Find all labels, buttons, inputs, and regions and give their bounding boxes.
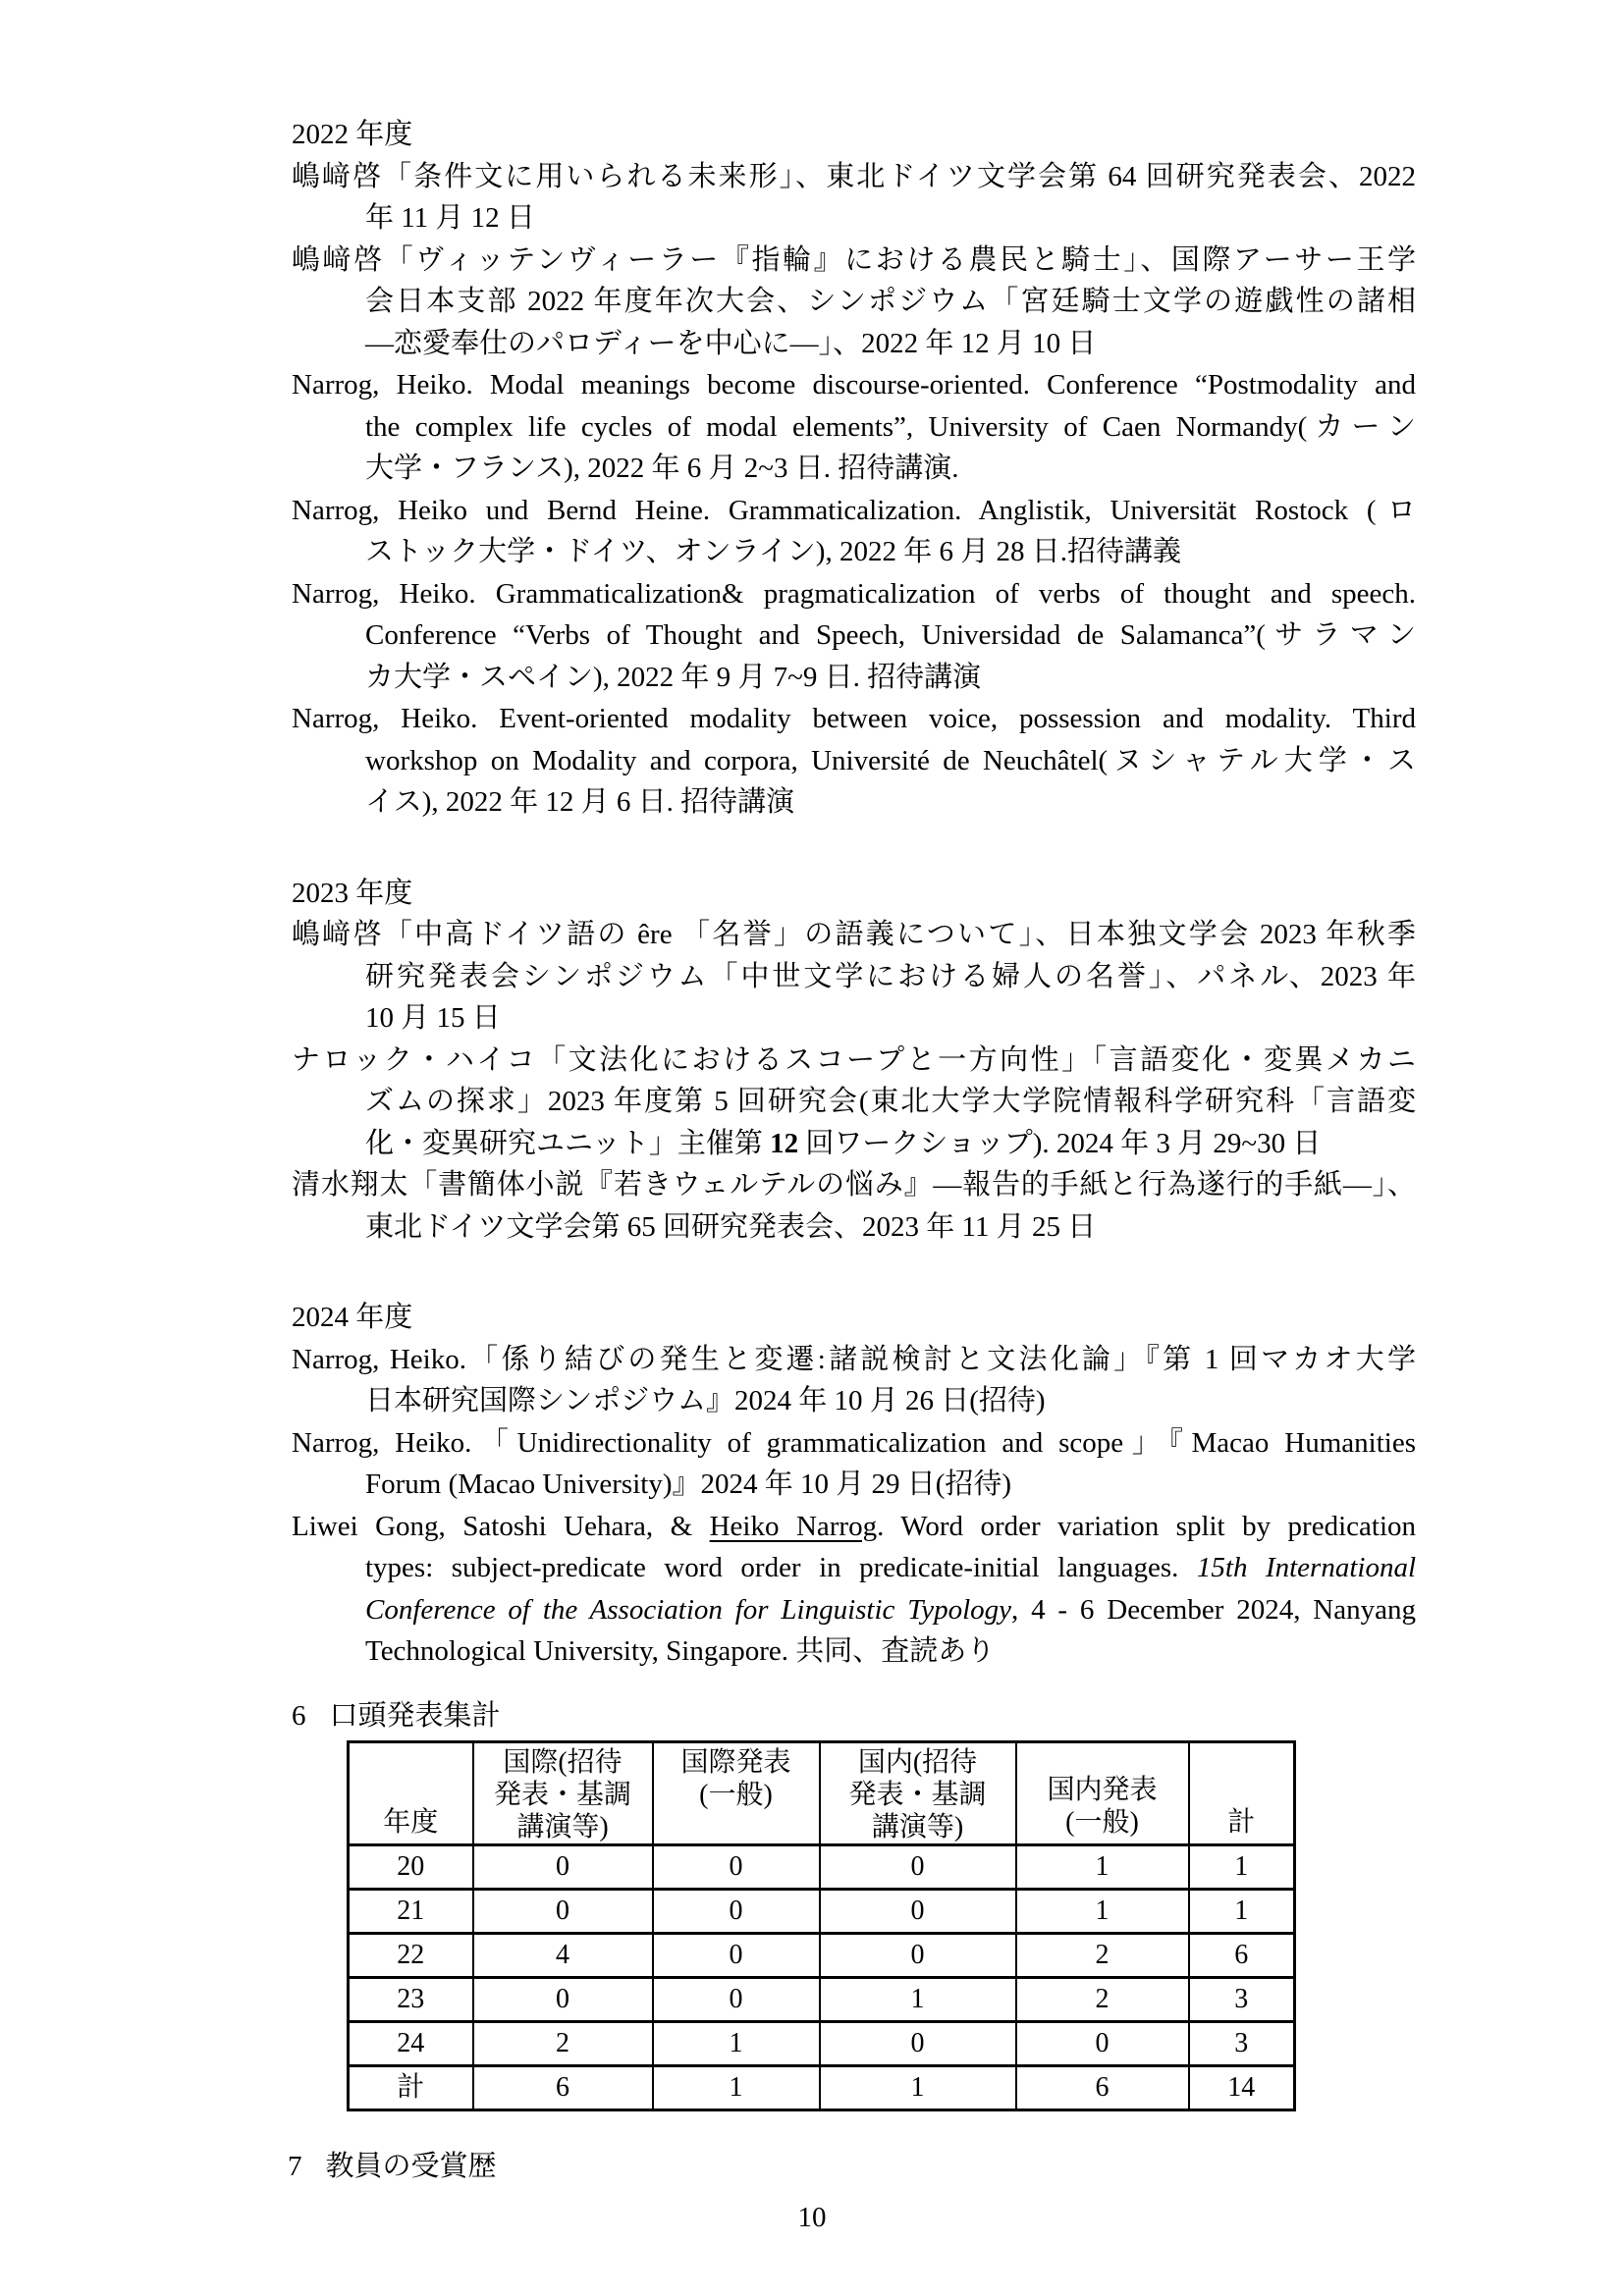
table-cell: 14 [1189,2066,1295,2110]
bib-line: Narrog, Heiko. Grammaticalization& pragm… [292,573,1416,615]
table-row: 21 0 0 0 1 1 [349,1890,1295,1934]
bib-entry: Liwei Gong, Satoshi Uehara, & Heiko Narr… [292,1506,1416,1673]
table-cell: 1 [1016,1890,1189,1934]
bib-line: 会日本支部 2022 年度年次大会、シンポジウム「宮廷騎士文学の遊戯性の諸相 [292,281,1416,323]
bib-line: Narrog, Heiko und Bernd Heine. Grammatic… [292,490,1416,532]
blank-line [292,1248,1416,1297]
table-cell: 0 [820,1845,1016,1890]
year-heading-2023: 2023 年度 [292,873,1416,915]
bold-number: 12 [770,1128,798,1159]
bib-line: 大学・フランス), 2022 年 6 月 2~3 日. 招待講演. [292,448,1416,490]
table-cell: 6 [1189,1934,1295,1978]
bib-line: Narrog, Heiko. Event-oriented modality b… [292,698,1416,740]
bib-line: Liwei Gong, Satoshi Uehara, & Heiko Narr… [292,1506,1416,1548]
table-cell: 0 [473,1978,653,2022]
table-cell: 0 [473,1845,653,1890]
document-page: 2022 年度 嶋﨑啓「条件文に用いられる未来形」、東北ドイツ文学会第 64 回… [0,0,1624,2296]
bib-line: 日本研究国際シンポジウム』2024 年 10 月 26 日(招待) [292,1380,1416,1422]
table-cell: 0 [653,1845,820,1890]
table-row: 20 0 0 0 1 1 [349,1845,1295,1890]
bib-line: イス), 2022 年 12 月 6 日. 招待講演 [292,781,1416,824]
bib-line: types: subject-predicate word order in p… [292,1547,1416,1589]
table-cell: 0 [820,1934,1016,1978]
table-cell: 6 [473,2066,653,2110]
section-title: 教員の受賞歴 [326,2151,497,2182]
table-cell: 0 [653,1978,820,2022]
table-cell: 0 [653,1890,820,1934]
table-cell: 1 [653,2066,820,2110]
bib-line: workshop on Modality and corpora, Univer… [292,740,1416,782]
bib-line: カ大学・スペイン), 2022 年 9 月 7~9 日. 招待講演 [292,657,1416,699]
table-cell: 3 [1189,1978,1295,2022]
table-cell: 0 [653,1934,820,1978]
bib-line: 清水翔太「書簡体小説『若きウェルテルの悩み』―報告的手紙と行為遂行的手紙―」、 [292,1164,1416,1206]
bib-line: Narrog, Heiko.「Unidirectionality of gram… [292,1422,1416,1465]
table-cell: 0 [1016,2022,1189,2066]
col-header-intl-general: 国際発表 (一般) [653,1742,820,1845]
year-heading-2022: 2022 年度 [292,114,1416,156]
bib-line: 嶋﨑啓「条件文に用いられる未来形」、東北ドイツ文学会第 64 回研究発表会、20… [292,156,1416,198]
table-cell: 22 [349,1934,473,1978]
table-cell: 24 [349,2022,473,2066]
table-row: 23 0 0 1 2 3 [349,1978,1295,2022]
table-cell: 6 [1016,2066,1189,2110]
bib-entry: ナロック・ハイコ「文法化におけるスコープと一方向性」「言語変化・変異メカニ ズム… [292,1040,1416,1165]
bib-entry: 嶋﨑啓「中高ドイツ語の êre 「名誉」の語義について」、日本独文学会 2023… [292,914,1416,1040]
bib-line: 東北ドイツ文学会第 65 回研究発表会、2023 年 11 月 25 日 [292,1206,1416,1249]
bib-line: Conference “Verbs of Thought and Speech,… [292,614,1416,657]
bibliography: 2022 年度 嶋﨑啓「条件文に用いられる未来形」、東北ドイツ文学会第 64 回… [292,114,1416,1673]
bib-line: 嶋﨑啓「ヴィッテンヴィーラー『指輪』における農民と騎士」、国際アーサー王学 [292,240,1416,282]
table-cell: 1 [1189,1890,1295,1934]
table-cell: 23 [349,1978,473,2022]
table-cell: 21 [349,1890,473,1934]
bib-line: 研究発表会シンポジウム「中世文学における婦人の名誉」、パネル、2023 年 [292,956,1416,998]
bib-line: Forum (Macao University)』2024 年 10 月 29 … [292,1464,1416,1506]
italic-conference-title: 15th International [1197,1552,1416,1583]
table-cell: 3 [1189,2022,1295,2066]
bib-entry: 清水翔太「書簡体小説『若きウェルテルの悩み』―報告的手紙と行為遂行的手紙―」、 … [292,1164,1416,1248]
table-cell: 1 [820,1978,1016,2022]
section-heading-oral-presentation-summary: 6口頭発表集計 [292,1695,501,1737]
bib-line: the complex life cycles of modal element… [292,406,1416,449]
table-cell: 計 [349,2066,473,2110]
table-cell: 0 [820,2022,1016,2066]
col-header-domestic-general: 国内発表 (一般) [1016,1742,1189,1845]
section-number: 6 [292,1700,306,1732]
section-title: 口頭発表集計 [330,1700,501,1732]
table-cell: 0 [473,1890,653,1934]
table-cell: 2 [1016,1934,1189,1978]
page-number: 10 [0,2197,1624,2238]
bib-entry: Narrog, Heiko. Grammaticalization& pragm… [292,573,1416,699]
bib-entry: 嶋﨑啓「条件文に用いられる未来形」、東北ドイツ文学会第 64 回研究発表会、20… [292,156,1416,240]
table-cell: 1 [1189,1845,1295,1890]
bib-entry: Narrog, Heiko und Bernd Heine. Grammatic… [292,490,1416,573]
italic-conference-title: Conference of the Association for Lingui… [365,1594,1011,1626]
bib-line: Narrog, Heiko. Modal meanings become dis… [292,364,1416,406]
bib-entry: Narrog, Heiko.「Unidirectionality of gram… [292,1422,1416,1506]
table-cell: 1 [653,2022,820,2066]
col-header-intl-invited: 国際(招待 発表・基調 講演等) [473,1742,653,1845]
bib-line: 化・変異研究ユニット」主催第 12 回ワークショップ). 2024 年 3 月 … [292,1123,1416,1165]
bib-line: 嶋﨑啓「中高ドイツ語の êre 「名誉」の語義について」、日本独文学会 2023… [292,914,1416,956]
bib-line-segment: 化・変異研究ユニット」主催第 [365,1128,770,1159]
presentation-summary-table: 年度 国際(招待 発表・基調 講演等) 国際発表 (一般) 国内(招待 発表・基… [347,1740,1296,2111]
bib-line-segment: 回ワークショップ). 2024 年 3 月 29~30 日 [798,1128,1321,1159]
table-cell: 1 [1016,1845,1189,1890]
bib-line: ズムの探求」2023 年度第 5 回研究会(東北大学大学院情報科学研究科「言語変 [292,1081,1416,1123]
table-cell: 20 [349,1845,473,1890]
table-cell: 2 [1016,1978,1189,2022]
bib-entry: Narrog, Heiko. Modal meanings become dis… [292,364,1416,490]
bib-line: Technological University, Singapore. 共同、… [292,1630,1416,1673]
bib-line: Narrog, Heiko.「係り結びの発生と変遷:諸説検討と文法化論」『第 1… [292,1339,1416,1381]
blank-line [292,824,1416,873]
bib-line: Conference of the Association for Lingui… [292,1589,1416,1631]
table-row-total: 計 6 1 1 6 14 [349,2066,1295,2110]
underlined-author-name: Heiko Narrog [710,1511,877,1542]
bib-line: 年 11 月 12 日 [292,197,1416,240]
col-header-total: 計 [1189,1742,1295,1845]
year-heading-2024: 2024 年度 [292,1297,1416,1339]
table-cell: 0 [820,1890,1016,1934]
col-header-year: 年度 [349,1742,473,1845]
bib-line-segment: types: subject-predicate word order in p… [365,1552,1197,1583]
table-row: 22 4 0 0 2 6 [349,1934,1295,1978]
bib-line: 10 月 15 日 [292,997,1416,1040]
bib-line: ナロック・ハイコ「文法化におけるスコープと一方向性」「言語変化・変異メカニ [292,1040,1416,1082]
table-cell: 1 [820,2066,1016,2110]
col-header-domestic-invited: 国内(招待 発表・基調 講演等) [820,1742,1016,1845]
table-cell: 4 [473,1934,653,1978]
bib-line-segment: Liwei Gong, Satoshi Uehara, & [292,1511,710,1542]
table-cell: 2 [473,2022,653,2066]
section-number: 7 [288,2151,302,2182]
table-row: 24 2 1 0 0 3 [349,2022,1295,2066]
section-heading-faculty-awards: 7教員の受賞歴 [288,2146,497,2188]
bib-line: ストック大学・ドイツ、オンライン), 2022 年 6 月 28 日.招待講義 [292,531,1416,573]
bib-entry: Narrog, Heiko. Event-oriented modality b… [292,698,1416,824]
bib-line-segment: , 4 - 6 December 2024, Nanyang [1011,1594,1416,1626]
bib-entry: Narrog, Heiko.「係り結びの発生と変遷:諸説検討と文法化論」『第 1… [292,1339,1416,1422]
bib-line-segment: . Word order variation split by predicat… [877,1511,1416,1542]
bib-entry: 嶋﨑啓「ヴィッテンヴィーラー『指輪』における農民と騎士」、国際アーサー王学 会日… [292,240,1416,365]
bib-line: ―恋愛奉仕のパロディーを中心に―」、2022 年 12 月 10 日 [292,323,1416,365]
